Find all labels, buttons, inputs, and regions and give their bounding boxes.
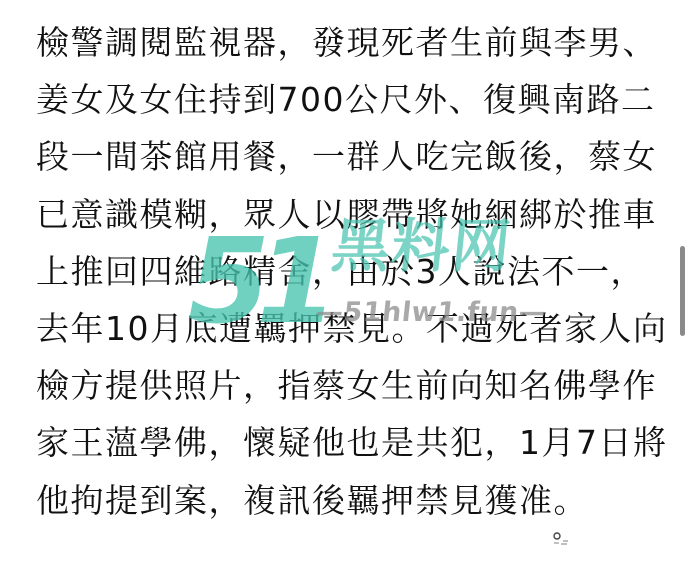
article-line: 檢警調閱監視器，發現死者生前與李男、 — [36, 14, 676, 71]
article-line: 檢方提供照片，指蔡女生前向知名佛學作 — [36, 357, 676, 414]
article-line: 上推回四維路精舍，由於3人說法不一， — [36, 243, 676, 300]
article-body: 檢警調閱監視器，發現死者生前與李男、 姜女及女住持到700公尺外、復興南路二 段… — [36, 14, 676, 529]
article-line: 姜女及女住持到700公尺外、復興南路二 — [36, 71, 676, 128]
article-line: 他拘提到案，複訊後羈押禁見獲准。 — [36, 472, 676, 529]
article-line: 已意識模糊，眾人以膠帶將她綑綁於推車 — [36, 186, 676, 243]
vertical-scrollbar-thumb[interactable] — [680, 246, 685, 336]
article-line: 去年10月底遭羈押禁見。不過死者家人向 — [36, 300, 676, 357]
cursor-artifact-icon — [552, 531, 570, 547]
article-line: 家王薀學佛，懷疑他也是共犯，1月7日將 — [36, 414, 676, 471]
article-line: 段一間茶館用餐，一群人吃完飯後，蔡女 — [36, 128, 676, 185]
